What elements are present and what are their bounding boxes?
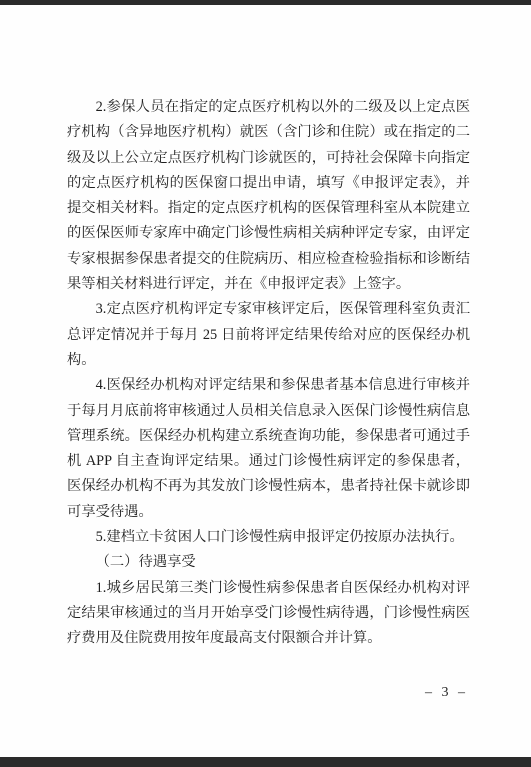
paragraph-item-5: 5.建档立卡贫困人口门诊慢性病申报评定仍按原办法执行。 [67,525,470,550]
scanned-document-page: 2.参保人员在指定的定点医疗机构以外的二级及以上定点医疗机构（含异地医疗机构）就… [0,0,531,767]
page-number: – 3 – [425,686,468,700]
paragraph-item-2: 2.参保人员在指定的定点医疗机构以外的二级及以上定点医疗机构（含异地医疗机构）就… [67,95,470,297]
paragraph-item-4: 4.医保经办机构对评定结果和参保患者基本信息进行审核并于每月月底前将审核通过人员… [67,373,470,525]
section-heading-treatment: （二）待遇享受 [67,550,470,575]
bottom-scan-border [0,757,531,767]
paragraph-item-1: 1.城乡居民第三类门诊慢性病参保患者自医保经办机构对评定结果审核通过的当月开始享… [67,576,470,652]
document-body: 2.参保人员在指定的定点医疗机构以外的二级及以上定点医疗机构（含异地医疗机构）就… [67,95,470,652]
paragraph-item-3: 3.定点医疗机构评定专家审核评定后，医保管理科室负责汇总评定情况并于每月 25 … [67,297,470,373]
top-scan-border [0,0,531,5]
